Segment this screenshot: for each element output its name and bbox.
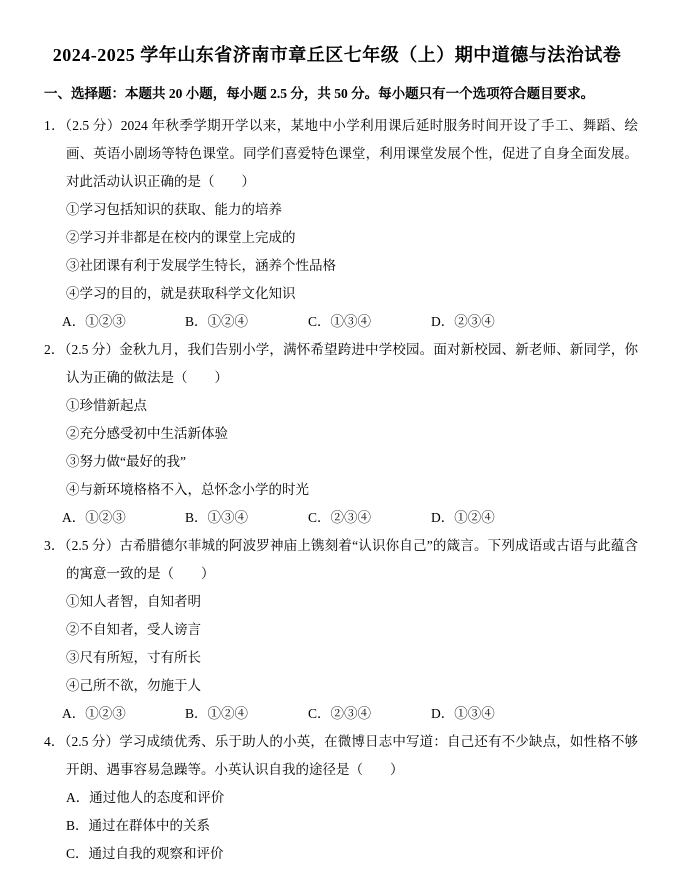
question-number: 2．: [44, 342, 65, 357]
question-item: ②学习并非都是在校内的课堂上完成的: [66, 224, 638, 252]
question-items: ①知人者智，自知者明②不自知者，受人谤言③尺有所短，寸有所长④己所不欲，勿施于人: [44, 588, 638, 700]
question-list: 1．（2.5 分）2024 年秋季学期开学以来，某地中小学利用课后延时服务时间开…: [44, 112, 638, 868]
choice-option: C．①③④: [308, 308, 431, 336]
choice-option: B．通过在群体中的关系: [66, 812, 638, 840]
question: 1．（2.5 分）2024 年秋季学期开学以来，某地中小学利用课后延时服务时间开…: [44, 112, 638, 336]
question-choices: A．①②③B．①②④C．②③④D．①③④: [62, 700, 638, 728]
question-item: ④与新环境格格不入，总怀念小学的时光: [66, 476, 638, 504]
exam-paper-page: 2024-2025 学年山东省济南市章丘区七年级（上）期中道德与法治试卷 一、选…: [0, 0, 674, 885]
question-stem-line: 2．（2.5 分）金秋九月，我们告别小学，满怀希望跨进中学校园。面对新校园、新老…: [66, 336, 638, 392]
question: 4．（2.5 分）学习成绩优秀、乐于助人的小英，在微博日志中写道：自己还有不少缺…: [44, 728, 638, 868]
question-item: ④己所不欲，勿施于人: [66, 672, 638, 700]
choice-option: A．①②③: [62, 504, 185, 532]
question-item: ①知人者智，自知者明: [66, 588, 638, 616]
choice-option: B．①③④: [185, 504, 308, 532]
question-item: ②充分感受初中生活新体验: [66, 420, 638, 448]
page-title: 2024-2025 学年山东省济南市章丘区七年级（上）期中道德与法治试卷: [0, 0, 674, 68]
choice-option: D．①③④: [431, 700, 495, 728]
question-stem: （2.5 分）金秋九月，我们告别小学，满怀希望跨进中学校园。面对新校园、新老师、…: [65, 342, 638, 385]
question-number: 3．: [44, 538, 65, 553]
choice-option: A．①②③: [62, 700, 185, 728]
section-header: 一、选择题：本题共 20 小题，每小题 2.5 分，共 50 分。每小题只有一个…: [44, 84, 638, 104]
question: 3．（2.5 分）古希腊德尔菲城的阿波罗神庙上镌刻着“认识你自己”的箴言。下列成…: [44, 532, 638, 728]
choice-option: A．①②③: [62, 308, 185, 336]
question-item: ③社团课有利于发展学生特长，涵养个性品格: [66, 252, 638, 280]
question-choices: A．①②③B．①③④C．②③④D．①②④: [62, 504, 638, 532]
question-item: ③尺有所短，寸有所长: [66, 644, 638, 672]
choice-option: B．①②④: [185, 700, 308, 728]
question-stem-line: 3．（2.5 分）古希腊德尔菲城的阿波罗神庙上镌刻着“认识你自己”的箴言。下列成…: [66, 532, 638, 588]
question-stem-line: 4．（2.5 分）学习成绩优秀、乐于助人的小英，在微博日志中写道：自己还有不少缺…: [66, 728, 638, 784]
choice-option: C．②③④: [308, 700, 431, 728]
question-number: 4．: [44, 734, 65, 749]
question-item: ②不自知者，受人谤言: [66, 616, 638, 644]
choice-option: D．②③④: [431, 308, 495, 336]
choice-option: C．通过自我的观察和评价: [66, 840, 638, 868]
question-choices: A．①②③B．①②④C．①③④D．②③④: [62, 308, 638, 336]
choice-option: B．①②④: [185, 308, 308, 336]
question-item: ①学习包括知识的获取、能力的培养: [66, 196, 638, 224]
question-stem: （2.5 分）学习成绩优秀、乐于助人的小英，在微博日志中写道：自己还有不少缺点，…: [65, 734, 638, 777]
question-item: ①珍惜新起点: [66, 392, 638, 420]
question-number: 1．: [44, 118, 65, 133]
question-stem-line: 1．（2.5 分）2024 年秋季学期开学以来，某地中小学利用课后延时服务时间开…: [66, 112, 638, 196]
choice-option: D．①②④: [431, 504, 495, 532]
choice-option: A．通过他人的态度和评价: [66, 784, 638, 812]
question-stem: （2.5 分）古希腊德尔菲城的阿波罗神庙上镌刻着“认识你自己”的箴言。下列成语或…: [65, 538, 638, 581]
question-item: ④学习的目的，就是获取科学文化知识: [66, 280, 638, 308]
question-item: ③努力做“最好的我”: [66, 448, 638, 476]
question-items: ①珍惜新起点②充分感受初中生活新体验③努力做“最好的我”④与新环境格格不入，总怀…: [44, 392, 638, 504]
choice-option: C．②③④: [308, 504, 431, 532]
question-stem: （2.5 分）2024 年秋季学期开学以来，某地中小学利用课后延时服务时间开设了…: [65, 118, 638, 189]
question-choices: A．通过他人的态度和评价B．通过在群体中的关系C．通过自我的观察和评价: [44, 784, 638, 868]
question-items: ①学习包括知识的获取、能力的培养②学习并非都是在校内的课堂上完成的③社团课有利于…: [44, 196, 638, 308]
question: 2．（2.5 分）金秋九月，我们告别小学，满怀希望跨进中学校园。面对新校园、新老…: [44, 336, 638, 532]
